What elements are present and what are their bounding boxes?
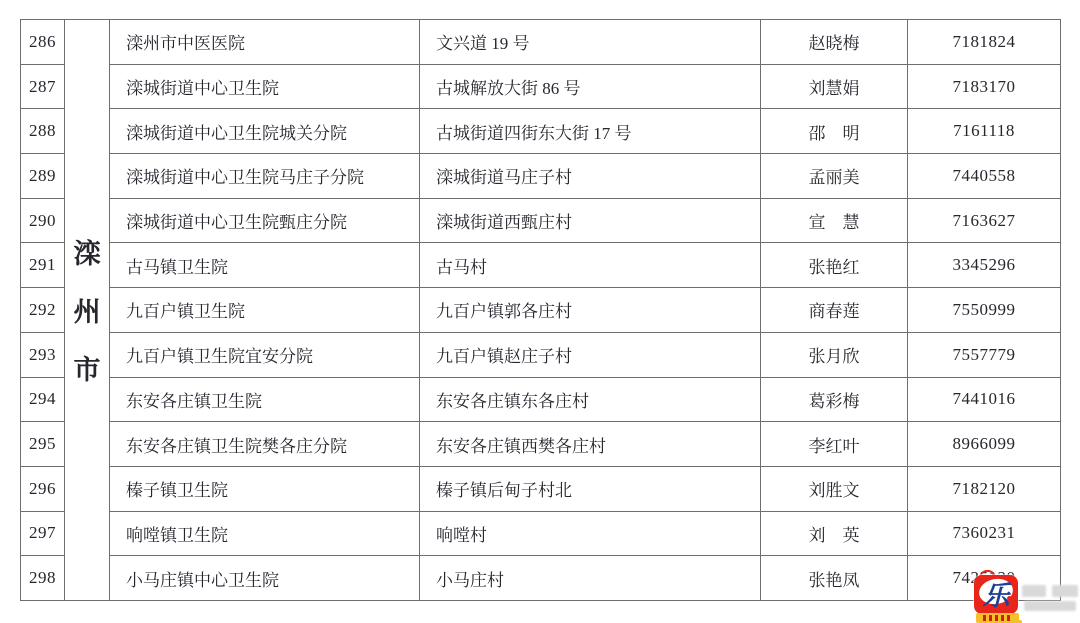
contact-person-cell: 刘慧娟: [761, 65, 907, 109]
facility-address-cell: 小马庄村: [420, 556, 760, 600]
contact-person-cell: 张艳红: [761, 243, 907, 287]
row-number-cell: 286: [21, 20, 64, 64]
health-facility-table: 滦州市 286 滦州市中医医院 文兴道 19 号 赵晓梅 7181824 287…: [20, 19, 1061, 601]
row-number-cell: 297: [21, 512, 64, 556]
facility-name-cell: 滦城街道中心卫生院马庄子分院: [110, 154, 419, 198]
facility-name-cell: 九百户镇卫生院: [110, 288, 419, 332]
watermark-logo: 乐: [974, 572, 1020, 622]
facility-name-cell: 滦州市中医医院: [110, 20, 419, 64]
phone-number-cell: 7550999: [908, 288, 1060, 332]
phone-number-cell: 7440558: [908, 154, 1060, 198]
phone-number-cell: 7183170: [908, 65, 1060, 109]
facility-name-cell: 九百户镇卫生院宜安分院: [110, 333, 419, 377]
facility-name-cell: 古马镇卫生院: [110, 243, 419, 287]
facility-name-cell: 滦城街道中心卫生院甄庄分院: [110, 199, 419, 243]
facility-name-cell: 滦城街道中心卫生院城关分院: [110, 109, 419, 153]
facility-address-cell: 古城街道四街东大街 17 号: [420, 109, 760, 153]
row-number-cell: 295: [21, 422, 64, 466]
region-label-char: 州: [74, 290, 101, 329]
facility-address-cell: 榛子镇后甸子村北: [420, 467, 760, 511]
facility-address-cell: 滦城街道西甄庄村: [420, 199, 760, 243]
region-label-char: 市: [74, 348, 101, 387]
contact-person-cell: 赵晓梅: [761, 20, 907, 64]
facility-name-cell: 小马庄镇中心卫生院: [110, 556, 419, 600]
contact-person-cell: 葛彩梅: [761, 378, 907, 422]
row-number-cell: 287: [21, 65, 64, 109]
logo-le-character-icon: 乐: [974, 574, 1018, 612]
facility-address-cell: 九百户镇赵庄子村: [420, 333, 760, 377]
region-label-char: 滦: [74, 232, 101, 271]
facility-address-cell: 古马村: [420, 243, 760, 287]
phone-number-cell: 7360231: [908, 512, 1060, 556]
watermark-ghost-text: [1022, 585, 1080, 613]
facility-name-cell: 滦城街道中心卫生院: [110, 65, 419, 109]
facility-name-cell: 榛子镇卫生院: [110, 467, 419, 511]
contact-person-cell: 刘胜文: [761, 467, 907, 511]
row-number-cell: 293: [21, 333, 64, 377]
row-number-cell: 290: [21, 199, 64, 243]
row-number-cell: 296: [21, 467, 64, 511]
logo-red-dot-icon: [1007, 596, 1012, 601]
row-number-cell: 289: [21, 154, 64, 198]
facility-address-cell: 古城解放大街 86 号: [420, 65, 760, 109]
row-number-cell: 298: [21, 556, 64, 600]
phone-number-cell: 8966099: [908, 422, 1060, 466]
phone-number-cell: 3345296: [908, 243, 1060, 287]
phone-number-cell: 7441016: [908, 378, 1060, 422]
facility-address-cell: 九百户镇郭各庄村: [420, 288, 760, 332]
region-merged-cell-luanzhou: 滦州市: [65, 20, 109, 600]
facility-address-cell: 文兴道 19 号: [420, 20, 760, 64]
facility-address-cell: 滦城街道马庄子村: [420, 154, 760, 198]
contact-person-cell: 孟丽美: [761, 154, 907, 198]
phone-number-cell: 7182120: [908, 467, 1060, 511]
row-number-cell: 291: [21, 243, 64, 287]
facility-name-cell: 响嘡镇卫生院: [110, 512, 419, 556]
phone-number-cell: 7163627: [908, 199, 1060, 243]
contact-person-cell: 邵 明: [761, 109, 907, 153]
contact-person-cell: 商春莲: [761, 288, 907, 332]
facility-name-cell: 东安各庄镇卫生院樊各庄分院: [110, 422, 419, 466]
logo-yellow-ribbon: [976, 613, 1019, 623]
facility-address-cell: 东安各庄镇东各庄村: [420, 378, 760, 422]
contact-person-cell: 张艳凤: [761, 556, 907, 600]
phone-number-cell: 7161118: [908, 109, 1060, 153]
contact-person-cell: 张月欣: [761, 333, 907, 377]
facility-address-cell: 东安各庄镇西樊各庄村: [420, 422, 760, 466]
phone-number-cell: 7181824: [908, 20, 1060, 64]
phone-number-cell: 7557779: [908, 333, 1060, 377]
contact-person-cell: 李红叶: [761, 422, 907, 466]
facility-name-cell: 东安各庄镇卫生院: [110, 378, 419, 422]
facility-address-cell: 响嘡村: [420, 512, 760, 556]
row-number-cell: 294: [21, 378, 64, 422]
row-number-cell: 288: [21, 109, 64, 153]
contact-person-cell: 宣 慧: [761, 199, 907, 243]
contact-person-cell: 刘 英: [761, 512, 907, 556]
row-number-cell: 292: [21, 288, 64, 332]
